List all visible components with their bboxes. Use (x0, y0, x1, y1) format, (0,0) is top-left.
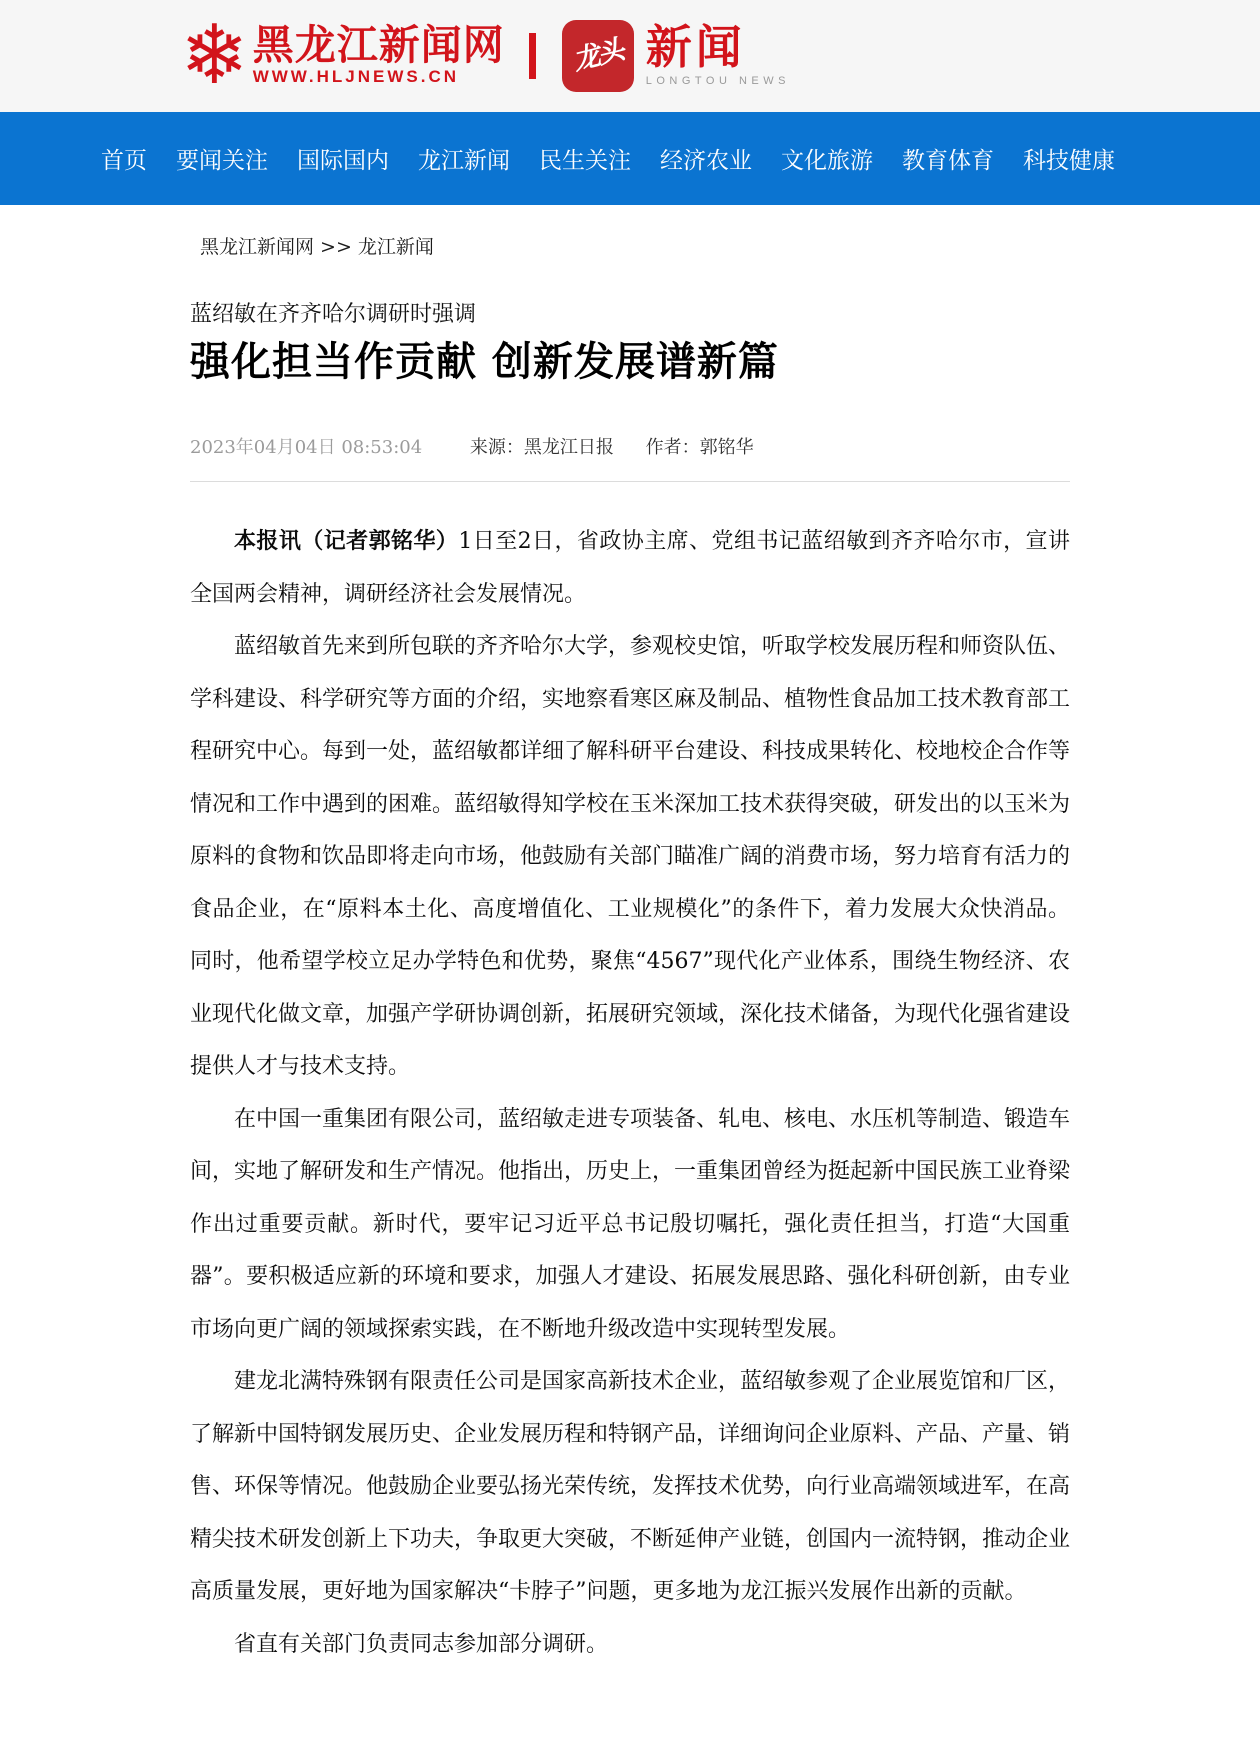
main-nav: 首页 要闻关注 国际国内 龙江新闻 民生关注 经济农业 文化旅游 教育体育 科技… (0, 112, 1260, 205)
meta-divider (190, 481, 1070, 482)
nav-item-longjiang-news[interactable]: 龙江新闻 (418, 142, 510, 175)
longtou-news-subtitle: LONGTOU NEWS (646, 75, 790, 87)
article-source: 来源：黑龙江日报 (470, 437, 614, 458)
nav-item-education-sports[interactable]: 教育体育 (902, 142, 994, 175)
lead-byline: 本报讯（记者郭铭华） (234, 529, 458, 554)
site-name: 黑龙江新闻网 (253, 25, 505, 66)
site-url: WWW.HLJNEWS.CN (253, 67, 505, 87)
nav-item-home[interactable]: 首页 (101, 142, 147, 175)
nav-item-livelihood[interactable]: 民生关注 (539, 142, 631, 175)
logo-divider (529, 33, 536, 79)
article-page: 黑龙江新闻网 >> 龙江新闻 蓝绍敏在齐齐哈尔调研时强调 强化担当作贡献 创新发… (0, 232, 1260, 1671)
nav-item-culture-tourism[interactable]: 文化旅游 (781, 142, 873, 175)
article-paragraph: 省直有关部门负责同志参加部分调研。 (190, 1619, 1070, 1672)
article-paragraph-lead: 本报讯（记者郭铭华）1日至2日，省政协主席、党组书记蓝绍敏到齐齐哈尔市，宣讲全国… (190, 516, 1070, 621)
longtou-news-brand: 新闻 LONGTOU NEWS (646, 24, 790, 87)
article-paragraph: 建龙北满特殊钢有限责任公司是国家高新技术企业，蓝绍敏参观了企业展览馆和厂区，了解… (190, 1356, 1070, 1619)
snowflake-logo-icon: ❄ (180, 19, 249, 93)
site-header: ❄ 黑龙江新闻网 WWW.HLJNEWS.CN 龙头 新闻 LONGTOU NE… (0, 0, 1260, 112)
nav-item-international-domestic[interactable]: 国际国内 (297, 142, 389, 175)
longtou-stamp-text: 龙头 (570, 37, 625, 75)
nav-item-tech-health[interactable]: 科技健康 (1023, 142, 1115, 175)
article-meta: 2023年04月04日 08:53:04 来源：黑龙江日报 作者：郭铭华 (190, 433, 1070, 459)
nav-item-headlines[interactable]: 要闻关注 (176, 142, 268, 175)
article-title: 强化担当作贡献 创新发展谱新篇 (190, 337, 1070, 387)
article-body: 本报讯（记者郭铭华）1日至2日，省政协主席、党组书记蓝绍敏到齐齐哈尔市，宣讲全国… (190, 516, 1070, 1671)
article-subtitle: 蓝绍敏在齐齐哈尔调研时强调 (190, 297, 1070, 328)
site-logo[interactable]: ❄ 黑龙江新闻网 WWW.HLJNEWS.CN 龙头 新闻 LONGTOU NE… (180, 19, 790, 93)
article-paragraph: 在中国一重集团有限公司，蓝绍敏走进专项装备、轧电、核电、水压机等制造、锻造车间，… (190, 1094, 1070, 1357)
publish-datetime: 2023年04月04日 08:53:04 (190, 437, 422, 458)
nav-item-economy-agriculture[interactable]: 经济农业 (660, 142, 752, 175)
site-logo-text: 黑龙江新闻网 WWW.HLJNEWS.CN (253, 25, 505, 87)
article-author: 作者：郭铭华 (646, 437, 754, 458)
breadcrumb[interactable]: 黑龙江新闻网 >> 龙江新闻 (190, 232, 434, 259)
longtou-stamp-icon: 龙头 (562, 20, 634, 92)
longtou-news-title: 新闻 (646, 24, 790, 70)
article-paragraph: 蓝绍敏首先来到所包联的齐齐哈尔大学，参观校史馆，听取学校发展历程和师资队伍、学科… (190, 621, 1070, 1094)
